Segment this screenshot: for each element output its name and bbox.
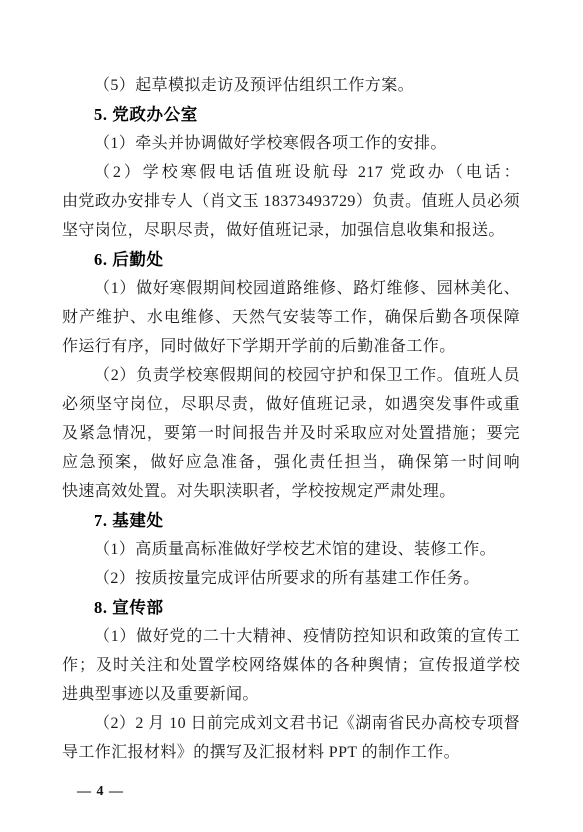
text-line: （5）起草模拟走访及预评估组织工作方案。 bbox=[62, 71, 520, 100]
section-heading: 5. 党政办公室 bbox=[62, 100, 520, 129]
text-line: 进典型事迹以及重要新闻。 bbox=[62, 680, 520, 709]
text-line: （1）做好寒假期间校园道路维修、路灯维修、园林美化、 bbox=[62, 274, 520, 303]
text-line: （2）按质按量完成评估所要求的所有基建工作任务。 bbox=[62, 564, 520, 593]
text-line: （1）牵头并协调做好学校寒假各项工作的安排。 bbox=[62, 129, 520, 158]
text-line: 及紧急情况，要第一时间报告并及时采取应对处置措施；要完善 bbox=[62, 419, 520, 448]
section-heading: 7. 基建处 bbox=[62, 506, 520, 535]
text-line: 快速高效处置。对失职渎职者，学校按规定严肃处理。 bbox=[62, 477, 520, 506]
section-heading: 6. 后勤处 bbox=[62, 245, 520, 274]
section-heading: 8. 宣传部 bbox=[62, 593, 520, 622]
text-line: （2）学校寒假电话值班设航母 217 党政办（电话：8815999）， bbox=[62, 158, 520, 187]
page-number: — 4 — bbox=[77, 779, 124, 805]
text-line: （1）做好党的二十大精神、疫情防控知识和政策的宣传工 bbox=[62, 622, 520, 651]
text-line: 必须坚守岗位，尽职尽责，做好值班记录，如遇突发事件或重要 bbox=[62, 390, 520, 419]
text-line: 作；及时关注和处置学校网络媒体的各种舆情；宣传报道学校先 bbox=[62, 651, 520, 680]
text-line: （2）2 月 10 日前完成刘文君书记《湖南省民办高校专项督 bbox=[62, 709, 520, 738]
text-line: 由党政办安排专人（肖文玉 18373493729）负责。值班人员必须 bbox=[62, 187, 520, 216]
document-page: （5）起草模拟走访及预评估组织工作方案。5. 党政办公室（1）牵头并协调做好学校… bbox=[0, 0, 583, 832]
text-line: 导工作汇报材料》的撰写及汇报材料 PPT 的制作工作。 bbox=[62, 738, 520, 767]
document-lines: （5）起草模拟走访及预评估组织工作方案。5. 党政办公室（1）牵头并协调做好学校… bbox=[62, 71, 520, 767]
text-line: 坚守岗位，尽职尽责，做好值班记录，加强信息收集和报送。 bbox=[62, 216, 520, 245]
text-line: （1）高质量高标准做好学校艺术馆的建设、装修工作。 bbox=[62, 535, 520, 564]
text-line: （2）负责学校寒假期间的校园守护和保卫工作。值班人员 bbox=[62, 361, 520, 390]
text-line: 应急预案，做好应急准备，强化责任担当，确保第一时间响应、 bbox=[62, 448, 520, 477]
text-line: 财产维护、水电维修、天然气安装等工作，确保后勤各项保障工 bbox=[62, 303, 520, 332]
text-line: 作运行有序，同时做好下学期开学前的后勤准备工作。 bbox=[62, 332, 520, 361]
